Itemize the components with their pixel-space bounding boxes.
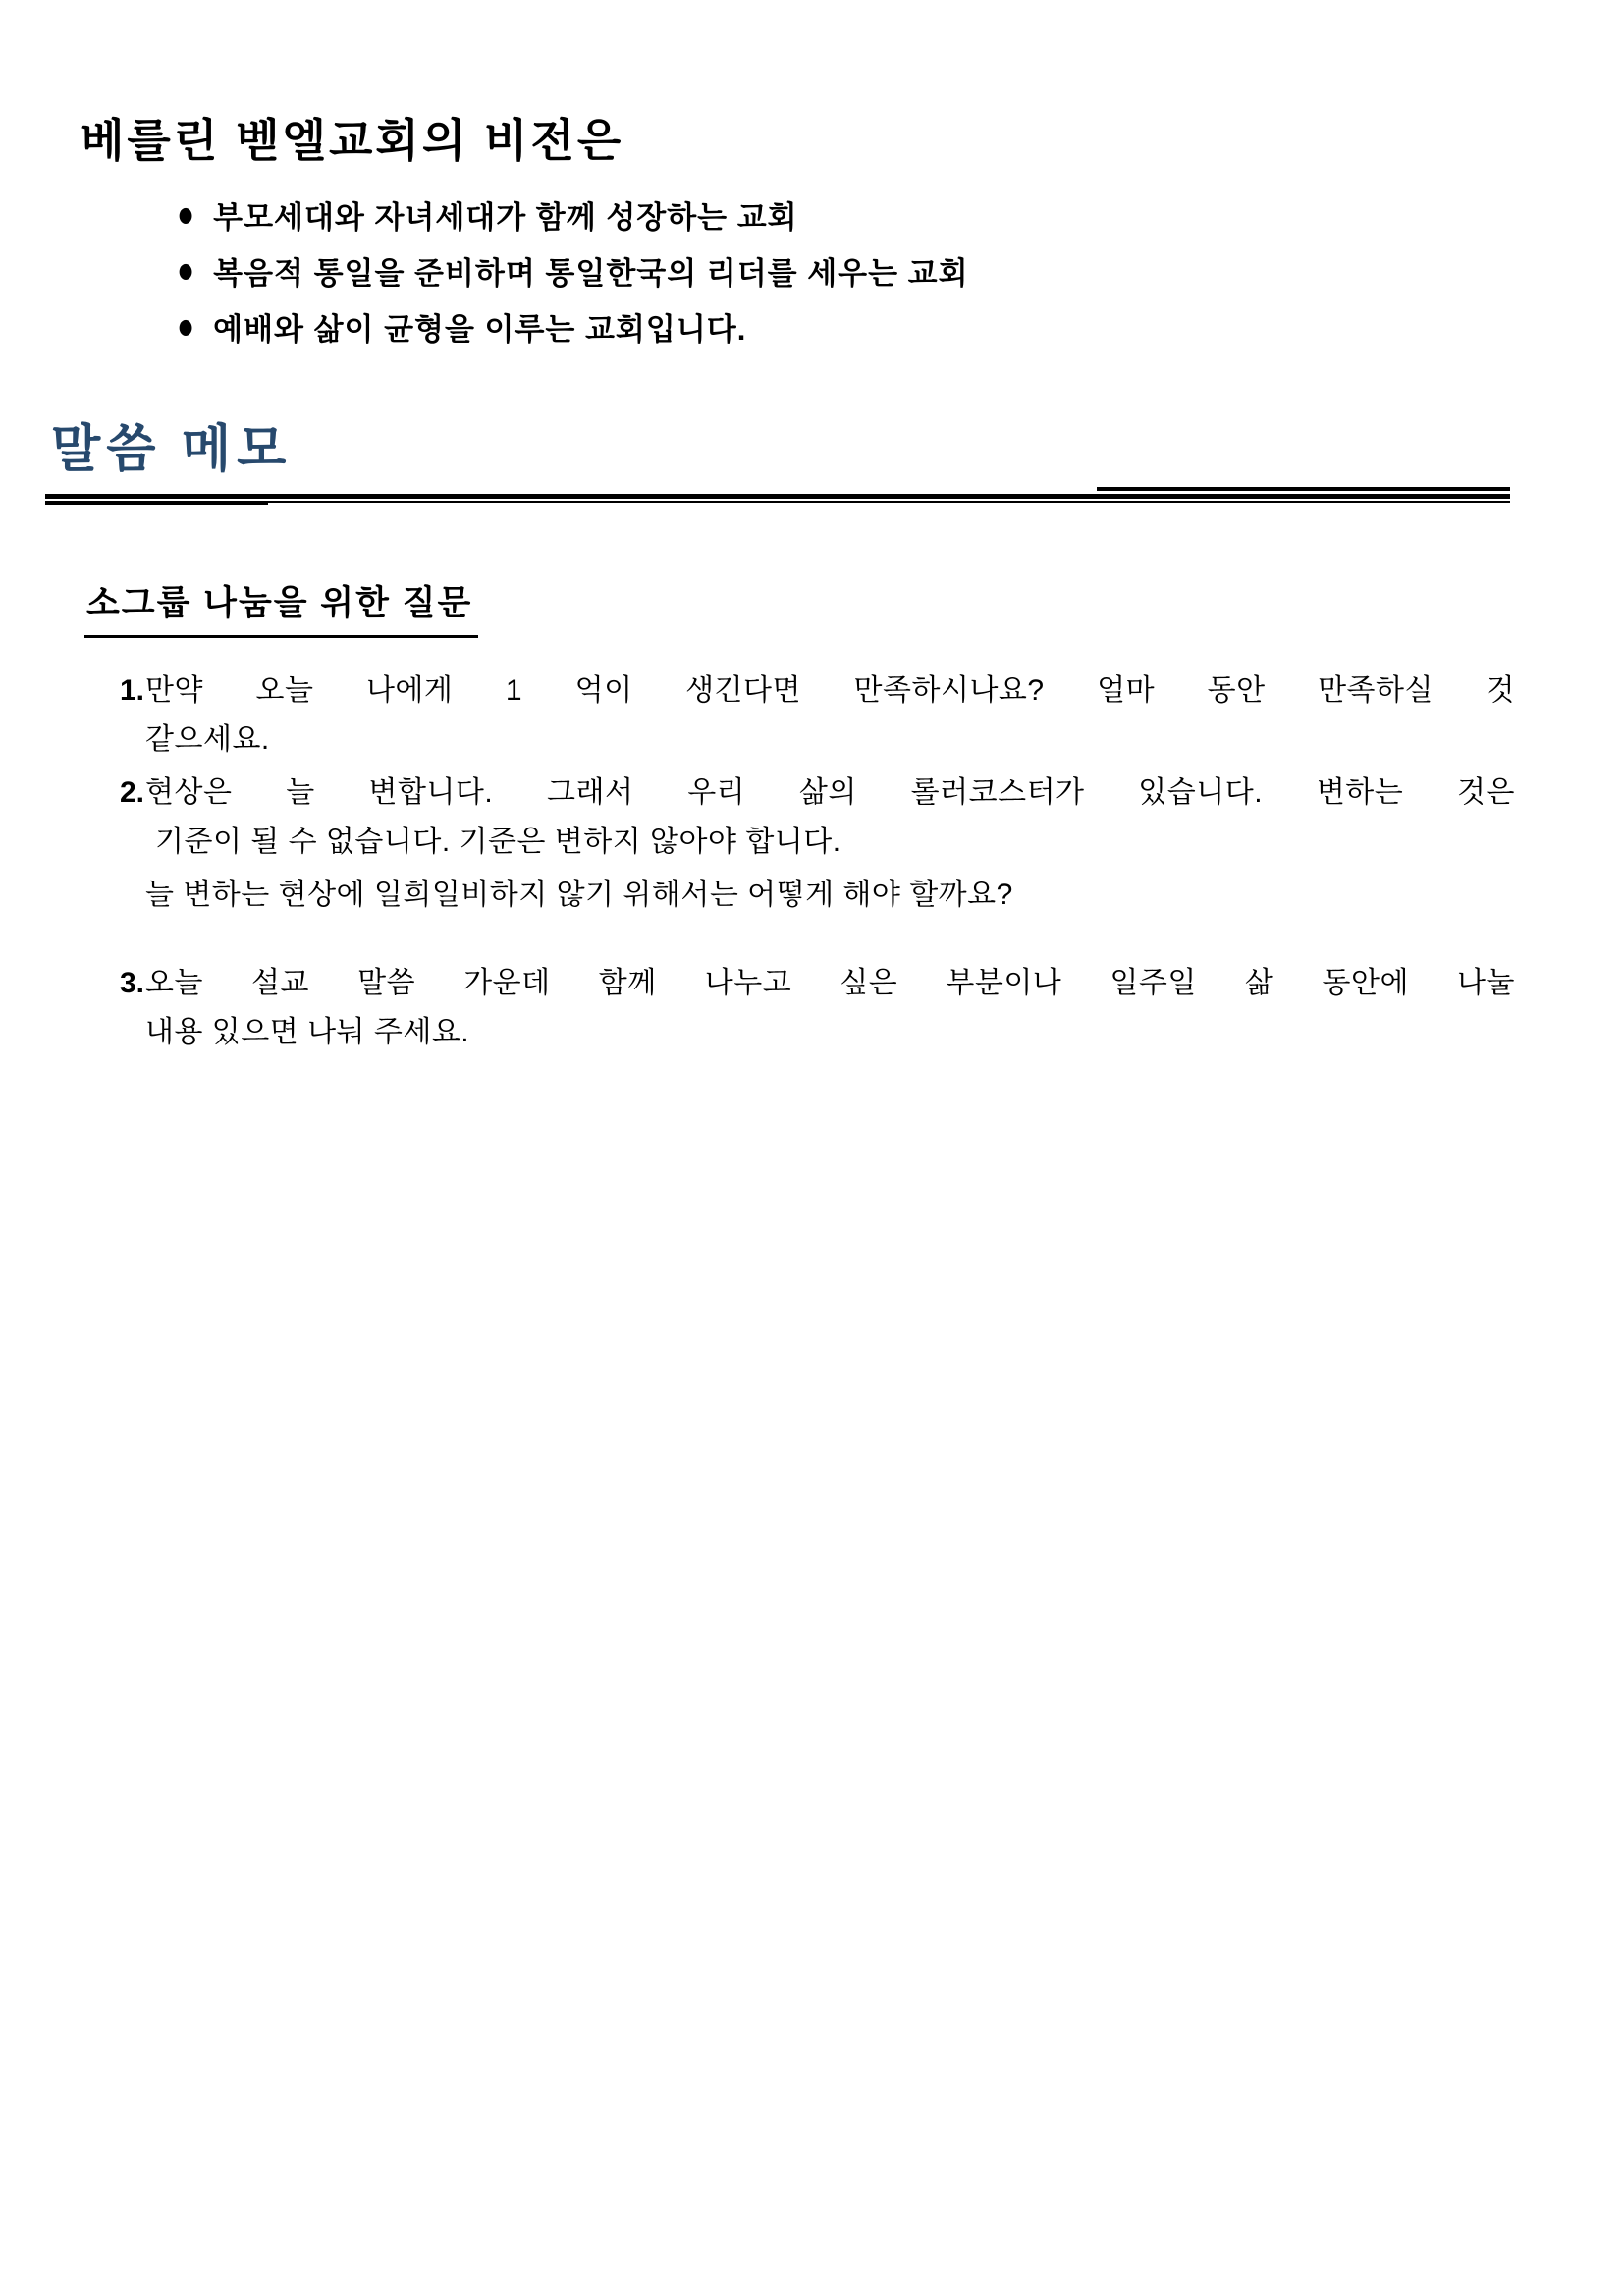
question-number: 3. [120,959,144,1008]
divider-line [45,494,1510,499]
question-line: 기준이 될 수 없습니다. 기준은 변하지 않아야 합니다. [145,818,1515,867]
small-group-heading: 소그룹 나눔을 위한 질문 [84,581,478,638]
vision-item: ● 예배와 삶이 균형을 이루는 교회입니다. [177,298,969,354]
question-number: 1. [120,667,144,716]
vision-item-label: 복음적 통일을 준비하며 통일한국의 리더를 세우는 교회 [213,248,968,293]
vision-item-label: 예배와 삶이 균형을 이루는 교회입니다. [213,304,746,348]
question-item: 3. 오늘 설교 말씀 가운데 함께 나누고 싶은 부분이나 일주일 삶 동안에… [120,959,1515,1057]
vision-item: ● 복음적 통일을 준비하며 통일한국의 리더를 세우는 교회 [177,242,969,298]
divider-line [45,501,268,505]
vision-item-label: 부모세대와 자녀세대가 함께 성장하는 교회 [213,192,797,237]
bullet-icon: ● [177,308,195,346]
bullet-icon: ● [177,196,195,234]
section-divider [0,487,1624,508]
document-page: 베를린 벧엘교회의 비전은 ● 부모세대와 자녀세대가 함께 성장하는 교회 ●… [0,0,1624,2296]
question-line: 늘 변하는 현상에 일희일비하지 않기 위해서는 어떻게 해야 할까요? [145,871,1515,920]
question-line: 오늘 설교 말씀 가운데 함께 나누고 싶은 부분이나 일주일 삶 동안에 나눌 [145,959,1515,1008]
question-line: 내용 있으면 나눠 주세요. [145,1008,1515,1057]
divider-line [1097,487,1510,491]
question-line: 만약 오늘 나에게 1 억이 생긴다면 만족하시나요? 얼마 동안 만족하실 것 [145,667,1515,716]
vision-item: ● 부모세대와 자녀세대가 함께 성장하는 교회 [177,187,969,242]
question-line: 현상은 늘 변합니다. 그래서 우리 삶의 롤러코스터가 있습니다. 변하는 것… [145,769,1515,818]
sermon-notes-heading: 말씀 메모 [51,418,292,482]
bullet-icon: ● [177,252,195,290]
divider-line [268,501,1510,503]
question-item: 2. 현상은 늘 변합니다. 그래서 우리 삶의 롤러코스터가 있습니다. 변하… [120,769,1515,920]
question-line: 같으세요. [145,716,1515,765]
vision-list: ● 부모세대와 자녀세대가 함께 성장하는 교회 ● 복음적 통일을 준비하며 … [177,187,969,354]
vision-title: 베를린 벧엘교회의 비전은 [81,112,623,171]
question-number: 2. [120,769,144,818]
question-item: 1. 만약 오늘 나에게 1 억이 생긴다면 만족하시나요? 얼마 동안 만족하… [120,667,1515,765]
